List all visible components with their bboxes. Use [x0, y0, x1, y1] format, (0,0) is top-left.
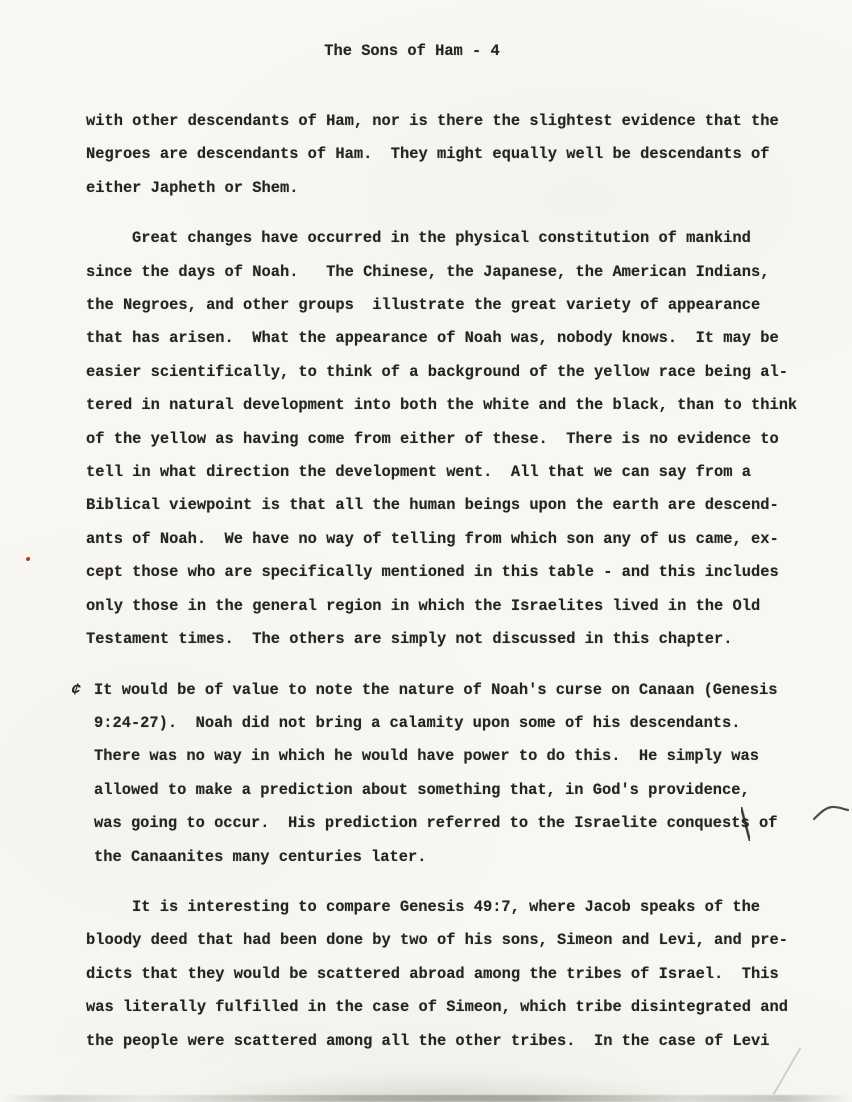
text-line: bloody deed that had been done by two of… — [86, 924, 812, 957]
text-line: Great changes have occurred in the physi… — [86, 222, 812, 255]
text-line: It is interesting to compare Genesis 49:… — [86, 891, 812, 924]
text-line: 9:24-27). Noah did not bring a calamity … — [94, 707, 812, 740]
text-line: since the days of Noah. The Chinese, the… — [86, 256, 812, 289]
paragraph-4: It is interesting to compare Genesis 49:… — [86, 891, 812, 1058]
text-line: the people were scattered among all the … — [86, 1025, 812, 1058]
text-line: either Japheth or Shem. — [86, 172, 812, 205]
scan-smudge-edge — [0, 1095, 852, 1102]
paragraph-insert-mark: ¢ — [69, 674, 82, 707]
text-segment: of — [750, 814, 778, 832]
text-line: Biblical viewpoint is that all the human… — [86, 489, 812, 522]
text-line: the Negroes, and other groups illustrate… — [86, 289, 812, 322]
text-line: with other descendants of Ham, nor is th… — [86, 105, 812, 138]
text-line: It would be of value to note the nature … — [94, 674, 812, 707]
text-line: was literally fulfilled in the case of S… — [86, 991, 812, 1024]
text-line: Negroes are descendants of Ham. They mig… — [86, 138, 812, 171]
document-page: The Sons of Ham - 4 with other descendan… — [0, 0, 852, 1102]
text-line: that has arisen. What the appearance of … — [86, 322, 812, 355]
text-line: tell in what direction the development w… — [86, 456, 812, 489]
text-line: dicts that they would be scattered abroa… — [86, 958, 812, 991]
handwritten-dash-mark — [812, 803, 850, 823]
text-line: There was no way in which he would have … — [94, 740, 812, 773]
text-line-with-strike: was going to occur. His prediction refer… — [94, 807, 812, 840]
document-body: with other descendants of Ham, nor is th… — [0, 105, 852, 1058]
text-line: of the yellow as having come from either… — [86, 423, 812, 456]
paragraph-3: ¢ It would be of value to note the natur… — [94, 674, 812, 874]
text-line: cept those who are specifically mentione… — [86, 556, 812, 589]
text-line: the Canaanites many centuries later. — [94, 841, 812, 874]
red-ink-speck-small — [97, 569, 100, 571]
text-line: tered in natural development into both t… — [86, 389, 812, 422]
text-line: easier scientifically, to think of a bac… — [86, 356, 812, 389]
struck-letter: s — [741, 807, 750, 840]
text-line: ants of Noah. We have no way of telling … — [86, 523, 812, 556]
text-line: only those in the general region in whic… — [86, 590, 812, 623]
page-title: The Sons of Ham - 4 — [0, 0, 838, 61]
text-line: Testament times. The others are simply n… — [86, 623, 812, 656]
text-line: allowed to make a prediction about somet… — [94, 774, 812, 807]
text-segment: was going to occur. His prediction refer… — [94, 814, 741, 832]
paragraph-1: with other descendants of Ham, nor is th… — [86, 105, 812, 205]
paragraph-2: Great changes have occurred in the physi… — [86, 222, 812, 656]
